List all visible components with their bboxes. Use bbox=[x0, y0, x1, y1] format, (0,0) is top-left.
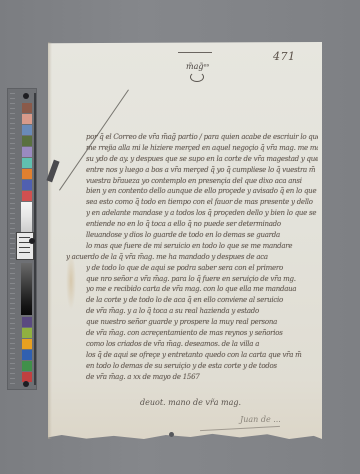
text-line: como los criados de vr̃a m̃ag. deseamos.… bbox=[86, 339, 318, 350]
color-calibration-card bbox=[7, 88, 37, 390]
text-line: entre nos y luego a bos a vr̃a merçed q̃… bbox=[86, 165, 318, 176]
heading-rule bbox=[178, 52, 212, 53]
swatch-bluish-green bbox=[22, 158, 32, 168]
text-line: en todo lo demas de su seruiçio y de est… bbox=[86, 361, 318, 372]
text-line: y acuerdo de la q̃ vr̃a m̃ag. me ha mand… bbox=[66, 252, 318, 263]
swatch-purple bbox=[22, 317, 32, 327]
swatch-light-skin bbox=[22, 114, 32, 124]
calibration-label bbox=[16, 232, 34, 260]
text-line: que nuestro señor guarde y prospere la m… bbox=[86, 317, 318, 328]
text-line: yo me e recibido carta de vr̃a mag. con … bbox=[86, 284, 318, 295]
swatch-orange bbox=[22, 169, 32, 179]
swatch-moderate-red bbox=[22, 191, 32, 201]
swatch-brown bbox=[22, 103, 32, 113]
heading-flourish bbox=[190, 72, 204, 82]
letter-closing: deuot. mano de vr̃a mag. bbox=[140, 398, 241, 407]
letter-body: por q̃ el Correo de vr̃a m̃ag̃ partio / … bbox=[86, 132, 318, 382]
page-edge-shadow bbox=[48, 42, 52, 439]
swatch-yellow-green bbox=[22, 328, 32, 338]
text-line: me rrejia alla mi le hiziere merçed en a… bbox=[86, 143, 318, 154]
text-line: de vr̃a m̃ag. con acreçentamiento de mas… bbox=[86, 328, 318, 339]
swatch-orange-yellow bbox=[22, 339, 32, 349]
text-line: vuestra br̃aueza yo contemplo en presenç… bbox=[86, 176, 318, 187]
text-line: y en adelante mandase y a todos los q̃ p… bbox=[86, 208, 318, 219]
text-line: sea esto como q̃ todo en tiempo con el f… bbox=[86, 197, 318, 208]
text-line: de vr̃a m̃ag. y a lo q̃ toca a su real h… bbox=[86, 306, 318, 317]
text-line: lleuandose y dios lo guarde de todo en l… bbox=[86, 230, 318, 241]
swatch-blue bbox=[22, 350, 32, 360]
swatch-green bbox=[22, 361, 32, 371]
text-line: bien y en contento dello aunque de ello … bbox=[86, 186, 318, 197]
folio-number: 471 bbox=[273, 50, 296, 63]
text-line: lo mas que fuere de mi seruicio en todo … bbox=[86, 241, 318, 252]
text-line: entiende no en lo q̃ toca a ello q̃ no p… bbox=[86, 219, 318, 230]
registration-dot-middle bbox=[29, 238, 35, 244]
swatch-foliage bbox=[22, 136, 32, 146]
registration-dot-bottom bbox=[23, 381, 29, 387]
document-heading: m̃ag̃ᵉˢ bbox=[186, 62, 209, 71]
calibration-ruler bbox=[10, 93, 15, 385]
text-line: de la corte y de todo lo de aca q̃ en el… bbox=[86, 295, 318, 306]
grayscale-strip-dark bbox=[21, 263, 32, 315]
signature: Juan de ... bbox=[240, 415, 281, 424]
text-line: que nro señor a vr̃a m̃ag. para lo q̃ fu… bbox=[86, 274, 318, 285]
swatch-purplish-blue bbox=[22, 180, 32, 190]
swatch-blue-flower bbox=[22, 147, 32, 157]
swatch-blue-sky bbox=[22, 125, 32, 135]
registration-dot-top bbox=[23, 93, 29, 99]
text-line: de vr̃a m̃ag. a xx de mayo de 1567 bbox=[86, 372, 318, 383]
text-line: los q̃ de aqui se ofreçe y entretanto qu… bbox=[86, 350, 318, 361]
text-line: por q̃ el Correo de vr̃a m̃ag̃ partio / … bbox=[86, 132, 318, 143]
text-line: y de todo lo que de aqui se podra saber … bbox=[86, 263, 318, 274]
text-line: su ydo de ay. y despues que se supo en l… bbox=[86, 154, 318, 165]
paper-hole bbox=[169, 432, 174, 437]
